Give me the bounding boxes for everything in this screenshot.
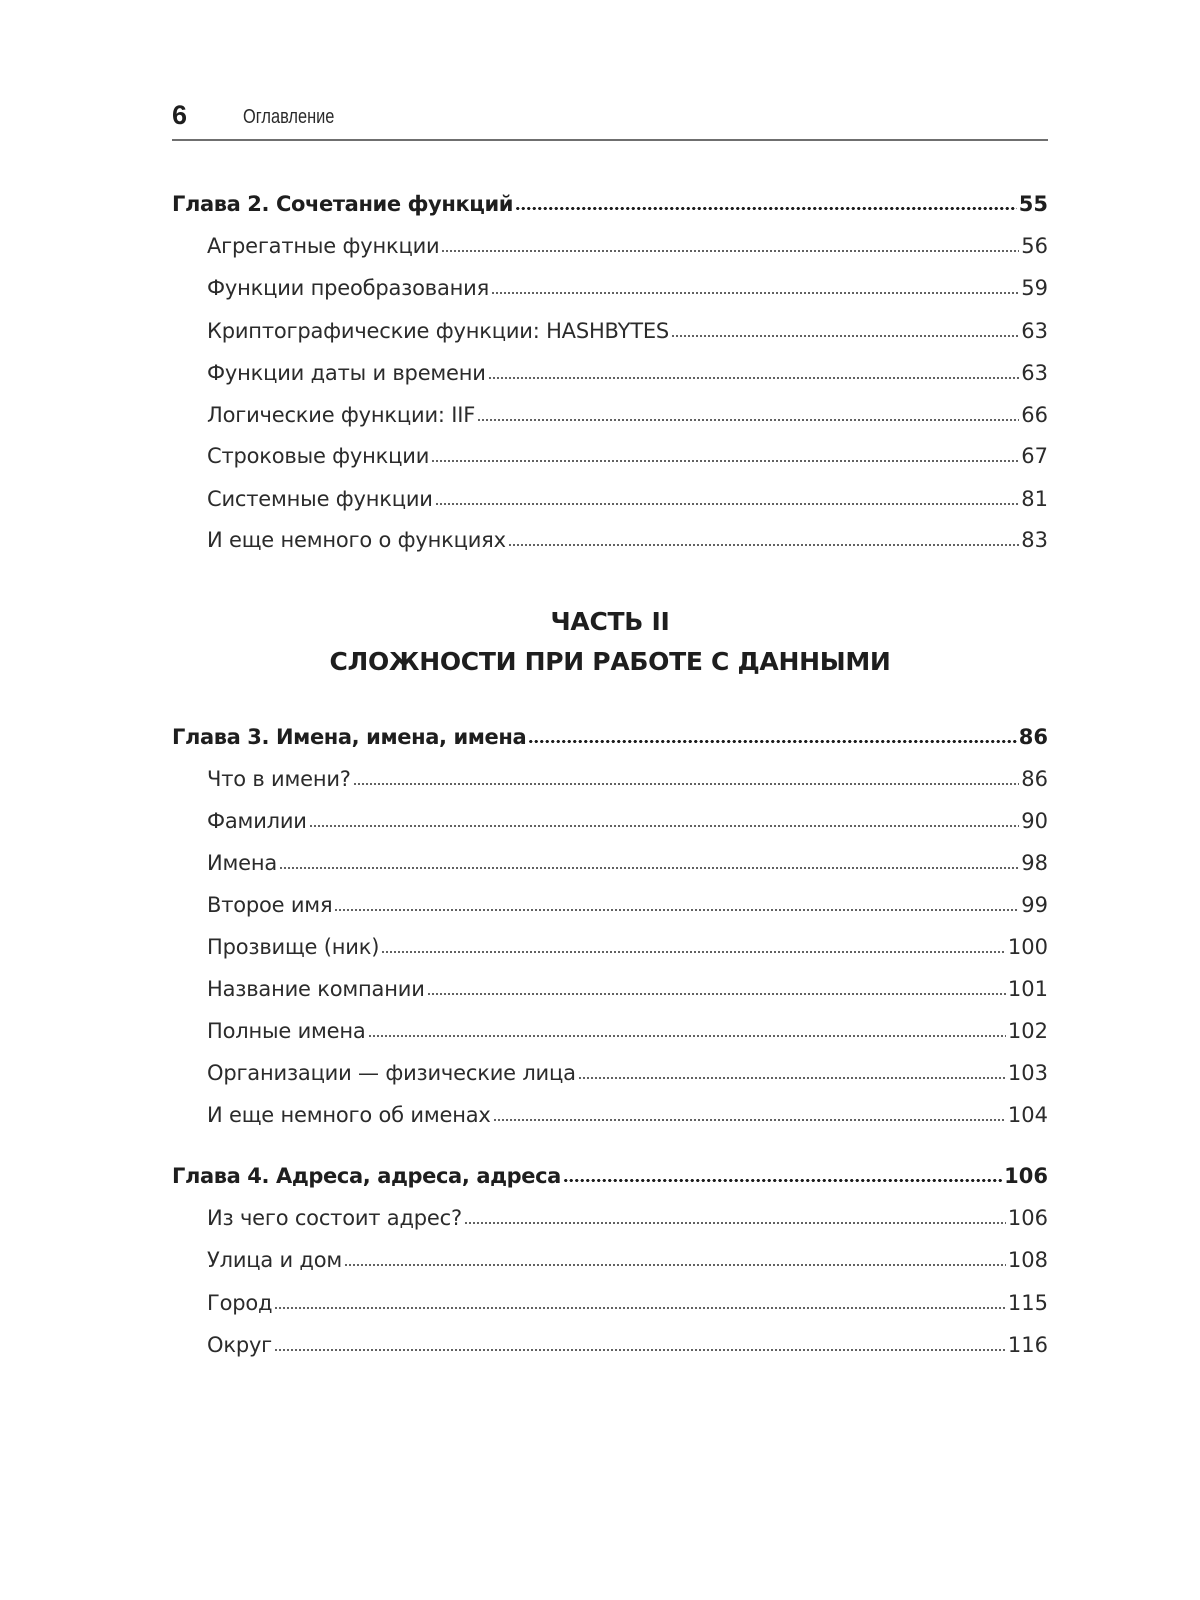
page-number: 6 xyxy=(172,98,187,132)
entry-page: 116 xyxy=(1008,1330,1048,1360)
entry-page: 102 xyxy=(1008,1016,1048,1046)
entry-label: Системные функции xyxy=(207,484,433,514)
toc-entry[interactable]: Второе имя 99 xyxy=(172,890,1048,920)
chapter-page: 86 xyxy=(1019,722,1048,752)
entry-page: 83 xyxy=(1021,525,1048,555)
entry-label: Логические функции: IIF xyxy=(207,400,475,430)
dot-leader xyxy=(368,1034,1006,1038)
entry-page: 104 xyxy=(1008,1100,1048,1130)
dot-leader xyxy=(427,992,1006,996)
part-heading-number: ЧАСТЬ II xyxy=(172,605,1048,639)
dot-leader xyxy=(381,950,1006,954)
entry-page: 100 xyxy=(1008,932,1048,962)
toc-entry[interactable]: Функции даты и времени 63 xyxy=(172,358,1048,388)
dot-leader xyxy=(493,1118,1006,1122)
dot-leader xyxy=(353,782,1020,786)
entry-label: Второе имя xyxy=(207,890,332,920)
toc-entry[interactable]: И еще немного об именах 104 xyxy=(172,1100,1048,1130)
toc-entry[interactable]: Криптографические функции: HASHBYTES 63 xyxy=(172,316,1048,346)
dot-leader xyxy=(671,334,1019,338)
entry-label: Функции преобразования xyxy=(207,273,489,303)
dot-leader xyxy=(508,543,1019,547)
entry-page: 115 xyxy=(1008,1288,1048,1318)
dot-leader xyxy=(491,291,1019,295)
toc-entry[interactable]: И еще немного о функциях 83 xyxy=(172,525,1048,555)
entry-page: 67 xyxy=(1021,441,1048,471)
toc-entry[interactable]: Из чего состоит адрес? 106 xyxy=(172,1203,1048,1233)
header-divider xyxy=(172,139,1048,141)
entry-page: 81 xyxy=(1021,484,1048,514)
entry-page: 56 xyxy=(1021,231,1048,261)
entry-page: 108 xyxy=(1008,1245,1048,1275)
entry-label: Организации — физические лица xyxy=(207,1058,576,1088)
toc-entry[interactable]: Имена 98 xyxy=(172,848,1048,878)
dot-leader xyxy=(477,418,1019,422)
toc-chapter-heading[interactable]: Глава 3. Имена, имена, имена 86 xyxy=(172,722,1048,752)
entry-label: Строковые функции xyxy=(207,441,429,471)
chapter-page: 106 xyxy=(1004,1161,1048,1191)
entry-page: 98 xyxy=(1021,848,1048,878)
entry-page: 103 xyxy=(1008,1058,1048,1088)
dot-leader xyxy=(274,1306,1006,1310)
entry-label: Имена xyxy=(207,848,277,878)
entry-page: 66 xyxy=(1021,400,1048,430)
toc-entry[interactable]: Функции преобразования 59 xyxy=(172,273,1048,303)
toc-entry[interactable]: Город 115 xyxy=(172,1288,1048,1318)
entry-page: 86 xyxy=(1021,764,1048,794)
entry-label: И еще немного о функциях xyxy=(207,525,506,555)
entry-page: 63 xyxy=(1021,316,1048,346)
dot-leader xyxy=(488,376,1020,380)
dot-leader xyxy=(344,1263,1006,1267)
toc-entry[interactable]: Название компании 101 xyxy=(172,974,1048,1004)
chapter-title: Глава 4. Адреса, адреса, адреса xyxy=(172,1161,561,1191)
entry-page: 90 xyxy=(1021,806,1048,836)
toc-entry[interactable]: Округ 116 xyxy=(172,1330,1048,1360)
dot-leader xyxy=(563,1178,1002,1183)
toc-entry[interactable]: Организации — физические лица 103 xyxy=(172,1058,1048,1088)
toc-entry[interactable]: Агрегатные функции 56 xyxy=(172,231,1048,261)
dot-leader xyxy=(578,1076,1006,1080)
chapter-page: 55 xyxy=(1019,189,1048,219)
dot-leader xyxy=(279,866,1019,870)
part-heading-title: СЛОЖНОСТИ ПРИ РАБОТЕ С ДАННЫМИ xyxy=(172,645,1048,679)
entry-label: Прозвище (ник) xyxy=(207,932,379,962)
entry-label: И еще немного об именах xyxy=(207,1100,491,1130)
entry-label: Из чего состоит адрес? xyxy=(207,1203,462,1233)
dot-leader xyxy=(528,739,1017,744)
entry-page: 106 xyxy=(1008,1203,1048,1233)
toc-entry[interactable]: Строковые функции 67 xyxy=(172,441,1048,471)
running-header: 6 Оглавление xyxy=(172,98,1048,138)
entry-label: Функции даты и времени xyxy=(207,358,486,388)
entry-label: Название компании xyxy=(207,974,425,1004)
toc-entry[interactable]: Системные функции 81 xyxy=(172,484,1048,514)
dot-leader xyxy=(431,459,1019,463)
dot-leader xyxy=(274,1348,1006,1352)
entry-label: Что в имени? xyxy=(207,764,351,794)
toc-entry[interactable]: Прозвище (ник) 100 xyxy=(172,932,1048,962)
toc-entry[interactable]: Логические функции: IIF 66 xyxy=(172,400,1048,430)
toc-entry[interactable]: Фамилии 90 xyxy=(172,806,1048,836)
entry-label: Улица и дом xyxy=(207,1245,342,1275)
toc-entry[interactable]: Улица и дом 108 xyxy=(172,1245,1048,1275)
entry-page: 99 xyxy=(1021,890,1048,920)
entry-page: 63 xyxy=(1021,358,1048,388)
entry-page: 101 xyxy=(1008,974,1048,1004)
dot-leader xyxy=(435,502,1020,506)
toc-chapter-heading[interactable]: Глава 2. Сочетание функций 55 xyxy=(172,189,1048,219)
dot-leader xyxy=(334,908,1019,912)
entry-label: Агрегатные функции xyxy=(207,231,439,261)
book-page: 6 Оглавление Глава 2. Сочетание функций … xyxy=(0,0,1200,1600)
header-title: Оглавление xyxy=(243,104,334,130)
toc-entry[interactable]: Полные имена 102 xyxy=(172,1016,1048,1046)
entry-page: 59 xyxy=(1021,273,1048,303)
dot-leader xyxy=(464,1221,1006,1225)
entry-label: Округ xyxy=(207,1330,272,1360)
toc-chapter-heading[interactable]: Глава 4. Адреса, адреса, адреса 106 xyxy=(172,1161,1048,1191)
chapter-title: Глава 3. Имена, имена, имена xyxy=(172,722,526,752)
chapter-title: Глава 2. Сочетание функций xyxy=(172,189,513,219)
entry-label: Фамилии xyxy=(207,806,307,836)
dot-leader xyxy=(515,206,1017,211)
entry-label: Криптографические функции: HASHBYTES xyxy=(207,316,669,346)
entry-label: Город xyxy=(207,1288,272,1318)
dot-leader xyxy=(309,824,1020,828)
toc-entry[interactable]: Что в имени? 86 xyxy=(172,764,1048,794)
entry-label: Полные имена xyxy=(207,1016,366,1046)
dot-leader xyxy=(441,249,1019,253)
